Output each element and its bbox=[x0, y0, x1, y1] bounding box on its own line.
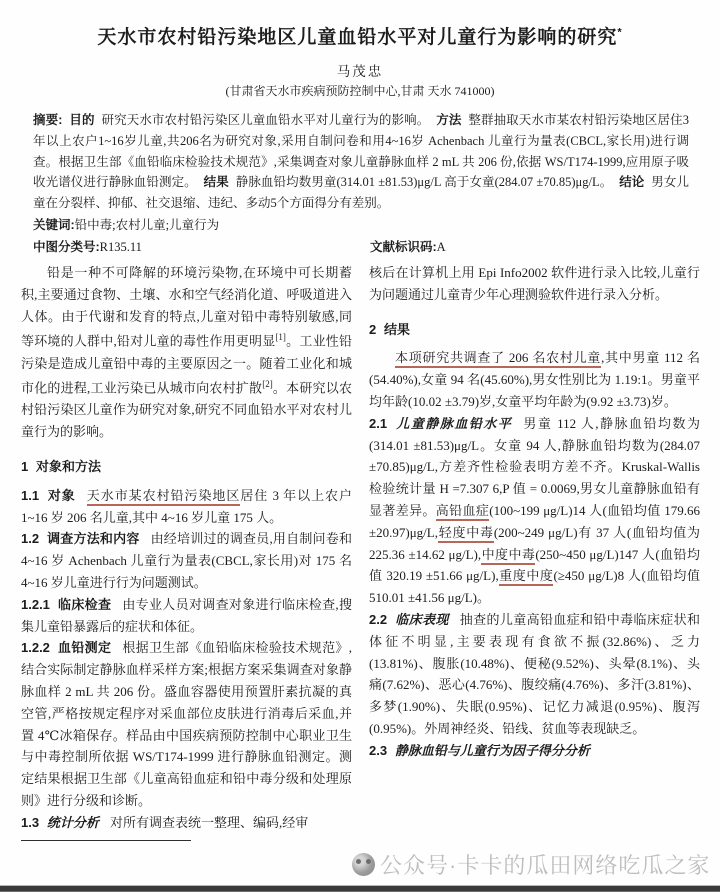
section-2-2-number: 2.2 bbox=[369, 612, 387, 627]
section-1-2-2-title: 血铅测定 bbox=[58, 640, 112, 655]
clc-item: 中图分类号:R135.11 bbox=[33, 237, 370, 258]
clc-label: 中图分类号: bbox=[33, 240, 100, 254]
abstract-label: 摘要: bbox=[33, 113, 62, 127]
section-1-heading: 1对象和方法 bbox=[21, 456, 352, 478]
section-2-title: 结果 bbox=[384, 322, 410, 337]
keywords-row: 关键词:铅中毒;农村儿童;儿童行为 bbox=[33, 215, 689, 236]
paper-page: 天水市农村铅污染地区儿童血铅水平对儿童行为影响的研究* 马茂忠 (甘肃省天水市疾… bbox=[0, 0, 720, 892]
section-2-number: 2 bbox=[369, 322, 376, 337]
conclusion-label: 结论 bbox=[619, 175, 644, 189]
section-1-2-title: 调查方法和内容 bbox=[47, 531, 140, 546]
scan-bottom-edge bbox=[0, 885, 720, 892]
author-name: 马茂忠 bbox=[0, 60, 720, 80]
objective-label: 目的 bbox=[69, 113, 94, 127]
section-1-2-number: 1.2 bbox=[21, 531, 39, 546]
section-2-1-title: 儿童静脉血铅水平 bbox=[395, 416, 512, 431]
red-underline-severe-poisoning: 重度中度 bbox=[499, 568, 554, 586]
continuation-paragraph: 核后在计算机上用 Epi Info2002 软件进行录入比较,儿童行为问题通过儿… bbox=[369, 262, 700, 306]
section-1-1-number: 1.1 bbox=[21, 488, 39, 503]
section-1-number: 1 bbox=[21, 459, 28, 474]
red-underline-mild-poisoning: 轻度中毒 bbox=[438, 525, 494, 543]
section-1-3-text: 对所有调查表统一整理、编码,经审 bbox=[110, 815, 308, 830]
watermark-text: 公众号·卡卡的瓜田网络吃瓜之家 bbox=[380, 849, 710, 880]
abstract-block: 摘要:目的研究天水市农村铅污染区儿童血铅水平对儿童行为的影响。方法整群抽取天水市… bbox=[33, 110, 689, 258]
page-title-text: 天水市农村铅污染地区儿童血铅水平对儿童行为影响的研究 bbox=[97, 27, 617, 48]
watermark-panda-icon bbox=[352, 853, 375, 876]
section-2-3-heading: 2.3静脉血铅与儿童行为因子得分分析 bbox=[369, 740, 700, 762]
title-footnote-marker: * bbox=[617, 27, 622, 39]
section-1-2-paragraph: 1.2调查方法和内容由经培训过的调查员,用自制问卷和 4~16 岁 Achenb… bbox=[21, 528, 352, 593]
result-text: 静脉血铅均数男童(314.01 ±81.53)μg/L 高于女童(284.07 … bbox=[236, 175, 613, 189]
section-2-3-title: 静脉血铅与儿童行为因子得分分析 bbox=[395, 743, 590, 758]
section-1-1-paragraph: 1.1对象天水市某农村铅污染地区居住 3 年以上农户 1~16 岁 206 名儿… bbox=[21, 485, 352, 529]
section-1-2-2-paragraph: 1.2.2血铅测定根据卫生部《血铅临床检验技术规范》,结合实际制定静脉血样采样方… bbox=[21, 637, 352, 811]
objective-text: 研究天水市农村铅污染区儿童血铅水平对儿童行为的影响。 bbox=[101, 113, 429, 127]
section-1-3-paragraph: 1.3统计分析对所有调查表统一整理、编码,经审 bbox=[21, 812, 352, 834]
left-column: 铅是一种不可降解的环境污染物,在环境中可长期蓄积,主要通过食物、土壤、水和空气经… bbox=[21, 262, 352, 841]
doc-code-value: A bbox=[437, 240, 446, 254]
section-1-3-title: 统计分析 bbox=[47, 815, 99, 830]
section-2-2-text: 抽查的儿童高铅血症和铅中毒临床症状和体征不明显,主要表现有食欲不振(32.86%… bbox=[369, 612, 700, 736]
section-2-1-number: 2.1 bbox=[369, 416, 387, 431]
clc-value: R135.11 bbox=[100, 240, 142, 254]
reference-2: [2] bbox=[262, 379, 273, 389]
red-underline-high-lead: 高铅血症 bbox=[436, 503, 489, 521]
author-affiliation: (甘肃省天水市疾病预防控制中心,甘肃 天水 741000) bbox=[0, 82, 720, 99]
section-1-2-1-title: 临床检查 bbox=[58, 597, 112, 612]
method-label: 方法 bbox=[436, 113, 461, 127]
section-2-2-paragraph: 2.2临床表现抽查的儿童高铅血症和铅中毒临床症状和体征不明显,主要表现有食欲不振… bbox=[369, 609, 700, 740]
section-2-heading: 2结果 bbox=[369, 319, 700, 341]
section-1-1-title: 对象 bbox=[47, 488, 76, 503]
right-column: 核后在计算机上用 Epi Info2002 软件进行录入比较,儿童行为问题通过儿… bbox=[369, 262, 700, 841]
red-underline-sample-size: 本项研究共调查了 206 名农村儿童 bbox=[395, 350, 601, 368]
section-1-2-2-text: 根据卫生部《血铅临床检验技术规范》,结合实际制定静脉血样采样方案;根据方案采集调… bbox=[21, 640, 352, 808]
keywords-label: 关键词: bbox=[33, 218, 75, 232]
watermark: 公众号·卡卡的瓜田网络吃瓜之家 bbox=[352, 849, 710, 880]
reference-1: [1] bbox=[275, 332, 286, 342]
classification-row: 中图分类号:R135.11 文献标识码:A bbox=[33, 237, 689, 258]
section-2-1-paragraph: 2.1儿童静脉血铅水平男童 112 人,静脉血铅均数为(314.01 ±81.5… bbox=[369, 413, 700, 609]
section-1-title: 对象和方法 bbox=[36, 459, 101, 474]
footnote-separator-rule bbox=[21, 840, 191, 841]
section-2-intro-paragraph: 本项研究共调查了 206 名农村儿童,其中男童 112 名(54.40%),女童… bbox=[369, 347, 700, 412]
section-1-2-1-number: 1.2.1 bbox=[21, 597, 50, 612]
red-underline-moderate-poisoning: 中度中毒 bbox=[481, 547, 535, 565]
body-columns: 铅是一种不可降解的环境污染物,在环境中可长期蓄积,主要通过食物、土壤、水和空气经… bbox=[21, 262, 700, 841]
section-2-2-title: 临床表现 bbox=[395, 612, 449, 627]
doc-code-label: 文献标识码: bbox=[370, 240, 437, 254]
result-label: 结果 bbox=[204, 175, 229, 189]
section-1-2-1-paragraph: 1.2.1临床检查由专业人员对调查对象进行临床检查,搜集儿童铅暴露后的症状和体征… bbox=[21, 594, 352, 638]
section-2-3-number: 2.3 bbox=[369, 743, 387, 758]
red-underline-study-area: 天水市某农村铅污染地区 bbox=[87, 488, 241, 506]
page-title: 天水市农村铅污染地区儿童血铅水平对儿童行为影响的研究* bbox=[30, 22, 690, 49]
keywords-text: 铅中毒;农村儿童;儿童行为 bbox=[75, 218, 219, 232]
section-1-3-number: 1.3 bbox=[21, 815, 39, 830]
doc-code-item: 文献标识码:A bbox=[370, 237, 446, 258]
abstract-paragraph: 摘要:目的研究天水市农村铅污染区儿童血铅水平对儿童行为的影响。方法整群抽取天水市… bbox=[33, 110, 689, 214]
intro-paragraph: 铅是一种不可降解的环境污染物,在环境中可长期蓄积,主要通过食物、土壤、水和空气经… bbox=[21, 262, 352, 443]
section-1-2-2-number: 1.2.2 bbox=[21, 640, 50, 655]
